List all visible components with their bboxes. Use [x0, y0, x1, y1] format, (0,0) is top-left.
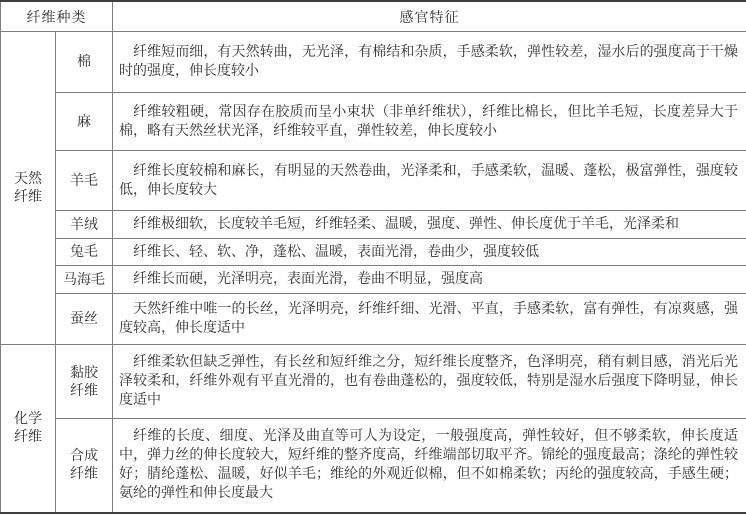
- table-row-silk: 蚕丝 天然纤维中唯一的长丝，光泽明亮，纤维纤细、光滑、平直，手感柔软，富有弹性，…: [1, 294, 746, 345]
- fiber-name-silk: 蚕丝: [56, 294, 113, 345]
- table-row-rabbit-hair: 兔毛 纤维长、轻、软、净，蓬松、温暖，表面光滑，卷曲少，强度较低: [1, 239, 746, 266]
- category-natural-fiber: 天然 纤维: [1, 32, 56, 345]
- fiber-desc-silk: 天然纤维中唯一的长丝，光泽明亮，纤维纤细、光滑、平直，手感柔软，富有弹性，有凉爽…: [113, 294, 746, 345]
- fiber-name-mohair: 马海毛: [56, 266, 113, 294]
- fiber-desc-synthetic: 纤维的长度、细度、光泽及曲直等可人为设定，一般强度高，弹性较好，但不够柔软，伸长…: [113, 419, 746, 513]
- fiber-desc-rabbit-hair: 纤维长、轻、软、净，蓬松、温暖，表面光滑，卷曲少，强度较低: [113, 239, 746, 266]
- fiber-desc-wool: 纤维长度较棉和麻长，有明显的天然卷曲，光泽柔和，手感柔软，温暖、蓬松，极富弹性，…: [113, 151, 746, 211]
- fiber-desc-mohair: 纤维长而硬，光泽明亮，表面光滑，卷曲不明显，强度高: [113, 266, 746, 294]
- fiber-name-hemp: 麻: [56, 93, 113, 151]
- table-row-viscose: 化学 纤维 黏胶 纤维 纤维柔软但缺乏弹性，有长丝和短纤维之分，短纤维长度整齐，…: [1, 345, 746, 419]
- fiber-desc-viscose: 纤维柔软但缺乏弹性，有长丝和短纤维之分，短纤维长度整齐，色泽明亮，稍有刺目感，消…: [113, 345, 746, 419]
- table-row-synthetic: 合成 纤维 纤维的长度、细度、光泽及曲直等可人为设定，一般强度高，弹性较好，但不…: [1, 419, 746, 513]
- fiber-name-viscose: 黏胶 纤维: [56, 345, 113, 419]
- category-chemical-fiber: 化学 纤维: [1, 345, 56, 513]
- fiber-name-cotton: 棉: [56, 32, 113, 93]
- fiber-name-wool: 羊毛: [56, 151, 113, 211]
- table-header-row: 纤维种类 感官特征: [1, 1, 746, 32]
- fiber-desc-cashmere: 纤维极细软，长度较羊毛短，纤维轻柔、温暖，强度、弹性、伸长度优于羊毛，光泽柔和: [113, 211, 746, 239]
- table-row-hemp: 麻 纤维较粗硬，常因存在胶质而呈小束状（非单纤维状），纤维比棉长，但比羊毛短，长…: [1, 93, 746, 151]
- fiber-name-rabbit-hair: 兔毛: [56, 239, 113, 266]
- table-row-cotton: 天然 纤维 棉 纤维短而细，有天然转曲，无光泽，有棉结和杂质，手感柔软，弹性较差…: [1, 32, 746, 93]
- header-fiber-type: 纤维种类: [1, 1, 113, 32]
- table-row-mohair: 马海毛 纤维长而硬，光泽明亮，表面光滑，卷曲不明显，强度高: [1, 266, 746, 294]
- header-sensory-features: 感官特征: [113, 1, 746, 32]
- table-row-cashmere: 羊绒 纤维极细软，长度较羊毛短，纤维轻柔、温暖，强度、弹性、伸长度优于羊毛，光泽…: [1, 211, 746, 239]
- fiber-name-cashmere: 羊绒: [56, 211, 113, 239]
- table-row-wool: 羊毛 纤维长度较棉和麻长，有明显的天然卷曲，光泽柔和，手感柔软，温暖、蓬松，极富…: [1, 151, 746, 211]
- fiber-name-synthetic: 合成 纤维: [56, 419, 113, 513]
- fiber-desc-cotton: 纤维短而细，有天然转曲，无光泽，有棉结和杂质，手感柔软，弹性较差，湿水后的强度高…: [113, 32, 746, 93]
- fiber-characteristics-table: 纤维种类 感官特征 天然 纤维 棉 纤维短而细，有天然转曲，无光泽，有棉结和杂质…: [0, 0, 746, 514]
- fiber-desc-hemp: 纤维较粗硬，常因存在胶质而呈小束状（非单纤维状），纤维比棉长，但比羊毛短，长度差…: [113, 93, 746, 151]
